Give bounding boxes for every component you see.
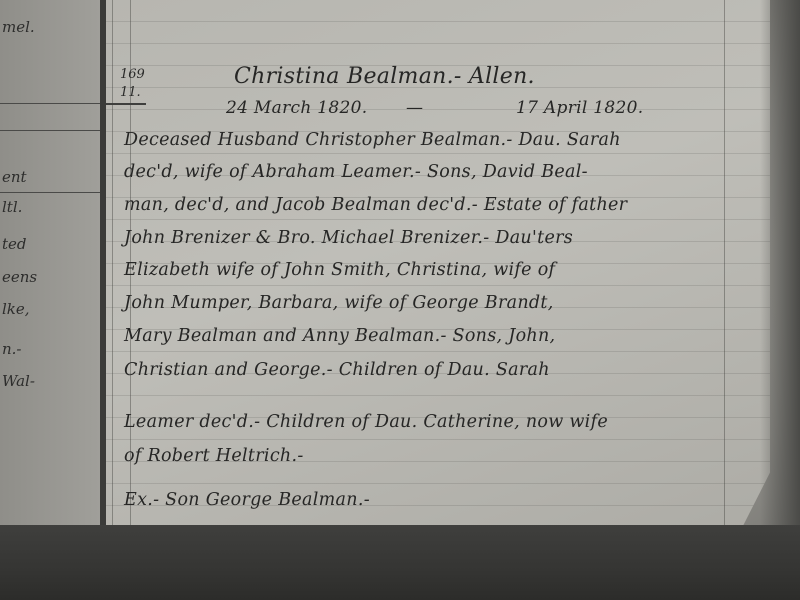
prev-page-fragment: eens xyxy=(2,268,37,286)
book-bottom-shadow xyxy=(0,525,800,600)
entry-line: Mary Bealman and Anny Bealman.- Sons, Jo… xyxy=(124,326,555,346)
previous-page: mel. ent ltl. ted eens lke, n.- Wal- xyxy=(0,0,106,530)
page-edge-shadow xyxy=(760,0,800,540)
entry-number: 169 11. xyxy=(120,66,145,102)
ruled-line xyxy=(0,103,100,104)
entry-line: John Brenizer & Bro. Michael Brenizer.- … xyxy=(124,228,573,248)
entry-line: Leamer dec'd.- Children of Dau. Catherin… xyxy=(124,412,608,432)
ruled-line xyxy=(0,130,100,131)
entry-line: of Robert Heltrich.- xyxy=(124,446,304,466)
entry-rule xyxy=(106,103,146,105)
margin-rule xyxy=(724,0,725,525)
prev-page-fragment: ted xyxy=(2,235,27,253)
prev-page-fragment: Wal- xyxy=(2,372,35,390)
entry-line: John Mumper, Barbara, wife of George Bra… xyxy=(124,293,554,313)
prev-page-fragment: lke, xyxy=(2,300,30,318)
entry-date-left: 24 March 1820. xyxy=(226,98,367,118)
entry-line: Deceased Husband Christopher Bealman.- D… xyxy=(124,130,621,150)
prev-page-fragment: mel. xyxy=(2,18,35,36)
date-separator: — xyxy=(406,98,423,118)
entry-line: Ex.- Son George Bealman.- xyxy=(124,490,370,510)
margin-rule xyxy=(112,0,113,525)
ruled-line xyxy=(0,192,100,193)
prev-page-fragment: n.- xyxy=(2,340,22,358)
entry-date-right: 17 April 1820. xyxy=(516,98,643,118)
entry-line: Christian and George.- Children of Dau. … xyxy=(124,360,550,380)
prev-page-fragment: ltl. xyxy=(2,198,22,216)
entry-line: dec'd, wife of Abraham Leamer.- Sons, Da… xyxy=(124,162,588,182)
ledger-page: 169 11. Christina Bealman.- Allen. 24 Ma… xyxy=(106,0,770,525)
prev-page-fragment: ent xyxy=(2,168,27,186)
entry-line: man, dec'd, and Jacob Bealman dec'd.- Es… xyxy=(124,195,627,215)
ledger-photo: mel. ent ltl. ted eens lke, n.- Wal- 169… xyxy=(0,0,800,600)
entry-line: Elizabeth wife of John Smith, Christina,… xyxy=(124,260,555,280)
entry-title: Christina Bealman.- Allen. xyxy=(234,64,535,89)
